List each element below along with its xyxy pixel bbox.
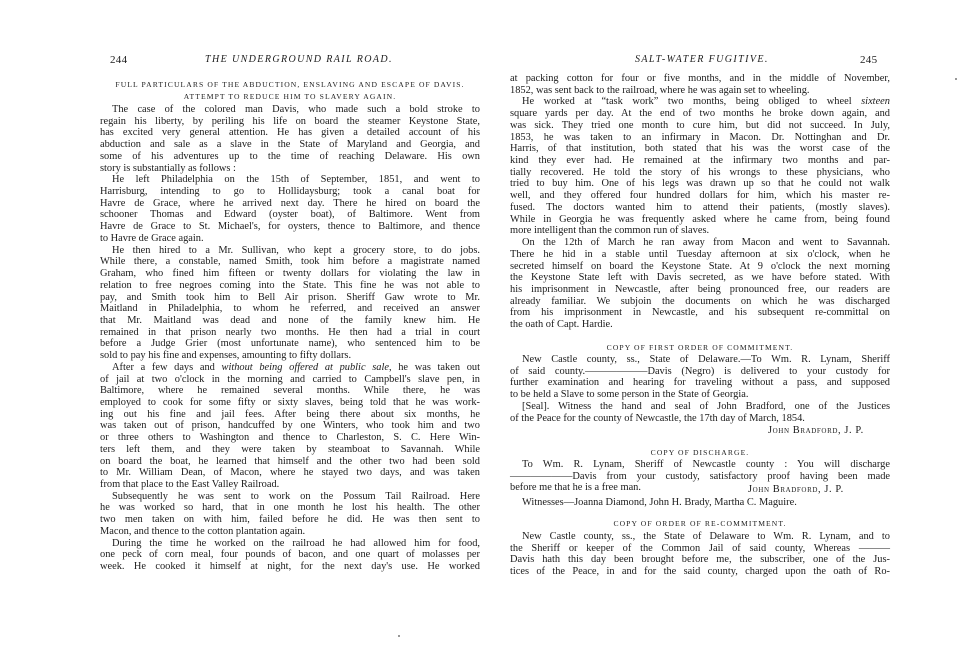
text-line: During the time he worked on the railroa… — [100, 538, 480, 550]
text-line: Havre de Grace, where he arrived next da… — [100, 198, 480, 210]
heading-first-order-commitment: Copy of first order of commitment. — [510, 343, 890, 353]
page-number-right: 245 — [860, 54, 877, 66]
text-line: before a Judge Grier (most unfortunate n… — [100, 338, 480, 350]
text-line: well, and they offered four hundred doll… — [510, 190, 890, 202]
text-line: from that place to the East Valley Railr… — [100, 479, 480, 491]
chapter-heading-line-1: Full particulars of the abduction, ensla… — [100, 80, 480, 90]
text-line: story is substantially as follows : — [100, 163, 480, 175]
text-line: or three others to Washington and thence… — [100, 432, 480, 444]
text-line: kind they ever had. He remained at the i… — [510, 155, 890, 167]
right-running-head: Salt-Water Fugitive. 245 — [510, 54, 890, 68]
text-line: already familiar. We subjoin the documen… — [510, 296, 890, 308]
text-line: he was worked so hard, that in one month… — [100, 502, 480, 514]
text-line: There he hid in a stable until Tuesday a… — [510, 249, 890, 261]
text-line: tried to buy him. One of his legs was dr… — [510, 178, 890, 190]
text-line: some of his adventures up to the time of… — [100, 151, 480, 163]
text-line: Subsequently he was sent to work on the … — [100, 491, 480, 503]
text-line: on board the boat, he learned that himse… — [100, 456, 480, 468]
text-line: Harris, of that institution, both stated… — [510, 143, 890, 155]
heading-order-of-recommitment: Copy of order of re-commitment. — [510, 519, 890, 529]
page-number-left: 244 — [110, 54, 127, 66]
text-line: ——————Davis from your custody, satisfact… — [510, 471, 890, 483]
text-line: of said county.——————Davis (Negro) is de… — [510, 366, 890, 378]
italic-emphasis: sixteen — [861, 96, 890, 107]
left-page: 244 The Underground Rail Road. Full part… — [100, 0, 480, 652]
text-line: pay, and Smith took him to Bell Air pris… — [100, 292, 480, 304]
right-page: Salt-Water Fugitive. 245 at packing cott… — [510, 0, 890, 652]
text-line: Havre de Grace to St. Michael's, for oys… — [100, 221, 480, 233]
italic-emphasis: without being offered at public sale — [222, 362, 389, 373]
text-line: to Havre de Grace again. — [100, 233, 480, 245]
left-running-head: 244 The Underground Rail Road. — [100, 54, 480, 68]
page-speck — [955, 78, 957, 80]
gutter-speck — [398, 635, 400, 637]
text-line: To Wm. R. Lynam, Sheriff of Newcastle co… — [510, 459, 890, 471]
text-line: of jail at two o'clock in the morning an… — [100, 374, 480, 386]
text-line: further examination and hearing for trav… — [510, 377, 890, 389]
text-line: fused. The doctors wanted him to attend … — [510, 202, 890, 214]
text-line: sold to pay his fine and expenses, amoun… — [100, 350, 480, 362]
heading-copy-of-discharge: Copy of discharge. — [510, 448, 890, 458]
text-line: 1853, he was taken to an infirmary in Ma… — [510, 132, 890, 144]
text-line: was taken out of prison, handcuffed by o… — [100, 420, 480, 432]
text-line: from his imprisonment in Newcastle, and … — [510, 307, 890, 319]
running-title-right: Salt-Water Fugitive. — [635, 54, 769, 65]
text-line: has excited very general attention. He h… — [100, 127, 480, 139]
text-line: schooner Thomas and Edward (oyster boat)… — [100, 209, 480, 221]
text-line: ters left them, and they were taken by s… — [100, 444, 480, 456]
text-line: one peck of corn meal, four pounds of ba… — [100, 549, 480, 561]
text-line: [Seal]. Witness the hand and seal of Joh… — [510, 401, 890, 413]
text-line: New Castle county, ss., State of Delawar… — [510, 354, 890, 366]
text-line: Davis hath this day been brought before … — [510, 554, 890, 566]
text-line: Baltimore, where he remained several mon… — [100, 385, 480, 397]
text-line: relation to free negroes coming into the… — [100, 280, 480, 292]
text-line: He left Philadelphia on the 15th of Sept… — [100, 174, 480, 186]
text-line: remained in that prison nearly two month… — [100, 327, 480, 339]
text-line: employed to cook for some fifty or sixty… — [100, 397, 480, 409]
text-line: The case of the colored man Davis, who m… — [100, 104, 480, 116]
signature-john-bradford-1: John Bradford, J. P. — [768, 425, 864, 436]
text-line: regain his liberty, by periling his life… — [100, 116, 480, 128]
text-line: at packing cotton for four or five month… — [510, 73, 890, 85]
text-line: the Keystone State left with Davis secre… — [510, 272, 890, 284]
signature-john-bradford-2: John Bradford, J. P. — [748, 484, 844, 495]
text-line: abduction and sale as a slave in the Sta… — [100, 139, 480, 151]
text-line: his imprisonment in Newcastle, after bei… — [510, 284, 890, 296]
text-line: that Mr. Maitland was dead and none of t… — [100, 315, 480, 327]
text-line: While there, a constable, named Smith, t… — [100, 256, 480, 268]
text-line: Harrisburg, intending to go to Hollidays… — [100, 186, 480, 198]
text-line: While in Georgia he was frequently asked… — [510, 214, 890, 226]
text-line: Macon, and thence to the cotton plantati… — [100, 526, 480, 538]
text-line: square yards per day. At the end of two … — [510, 108, 890, 120]
text-line: 1852, was sent back to the railroad, whe… — [510, 85, 890, 97]
text-line: the Sheriff or keeper of the Common Jail… — [510, 543, 890, 555]
text-line: After a few days and without being offer… — [100, 362, 480, 374]
text-line: week. He cooked it himself at night, for… — [100, 561, 480, 573]
witnesses-line: Witnesses—Joanna Diamond, John H. Brady,… — [510, 497, 890, 509]
text-line: He then hired to a Mr. Sullivan, who kep… — [100, 245, 480, 257]
text-line: ing out his fine and jail fees. After be… — [100, 409, 480, 421]
text-line: two men taken on with him, failed before… — [100, 514, 480, 526]
chapter-heading-line-2: Attempt to reduce him to slavery again. — [100, 92, 480, 102]
text-line: the oath of Capt. Hardie. — [510, 319, 890, 331]
text-line: was sick. They tried one month to cure h… — [510, 120, 890, 132]
text-line: Maitland in Philadelphia, to whom he ref… — [100, 303, 480, 315]
text-line: tices of the Peace, in and for the said … — [510, 566, 890, 578]
text-line: secreted himself on board the Keystone S… — [510, 261, 890, 273]
text-line: tially recovered. He told the story of h… — [510, 167, 890, 179]
text-line: He worked at “task work” two months, bei… — [510, 96, 890, 108]
text-line: of the Peace for the county of Newcastle… — [510, 413, 890, 425]
text-line: Graham, who fined him fifteen or twenty … — [100, 268, 480, 280]
text-line: to be held a Slave to some person in the… — [510, 389, 890, 401]
running-title-left: The Underground Rail Road. — [205, 54, 393, 65]
text-line: to Mr. William Dean, of Macon, where he … — [100, 467, 480, 479]
text-line: more intelligent than the common run of … — [510, 225, 890, 237]
text-line: New Castle county, ss., the State of Del… — [510, 531, 890, 543]
text-line: On the 12th of March he ran away from Ma… — [510, 237, 890, 249]
